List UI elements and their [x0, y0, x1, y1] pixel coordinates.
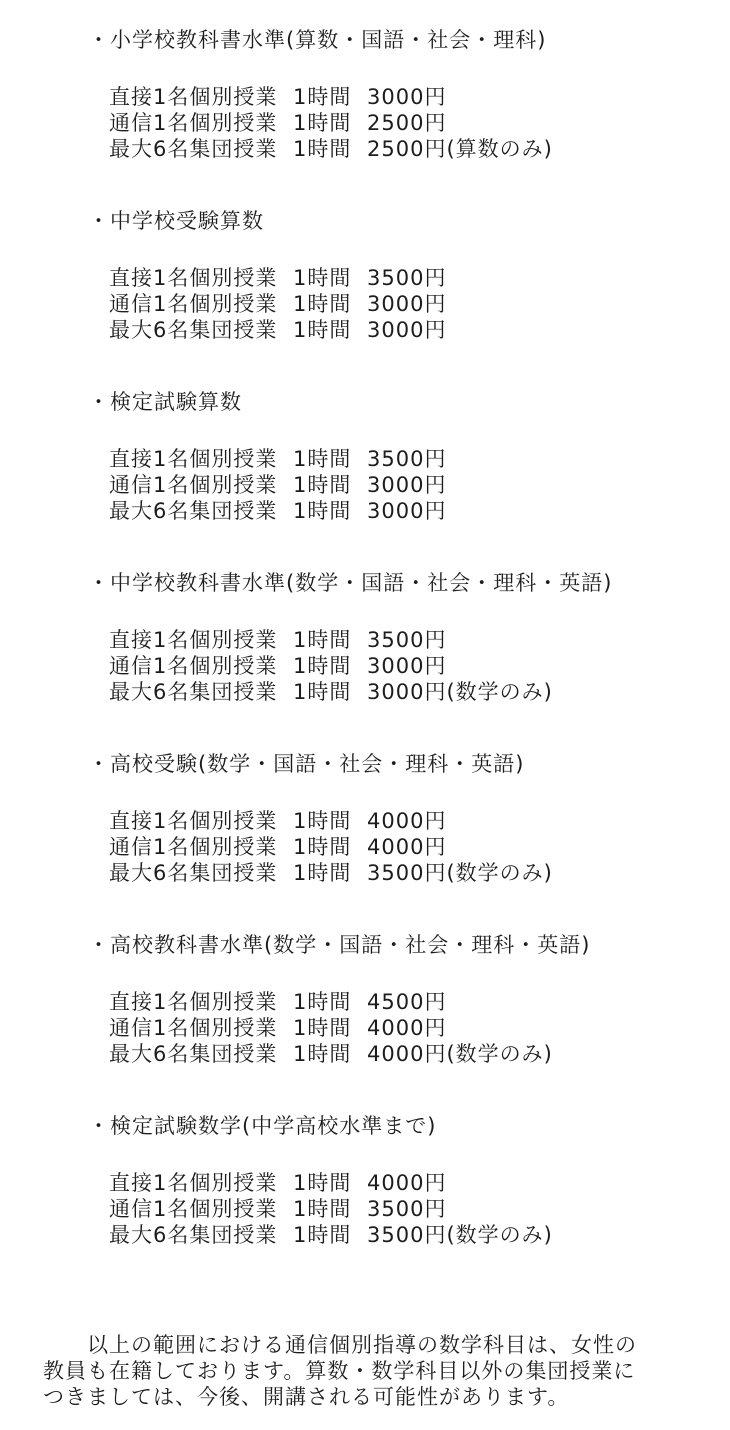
price-section: ・小学校教科書水準(算数・国語・社会・理科) 直接1名個別授業1時間3000円 … — [0, 27, 730, 162]
duration: 1時間 — [293, 110, 367, 136]
duration: 1時間 — [293, 291, 367, 317]
service-name: 最大6名集団授業 — [109, 860, 293, 886]
price-note: (数学のみ) — [446, 1223, 552, 1247]
section-title: ・高校教科書水準(数学・国語・社会・理科・英語) — [0, 932, 730, 958]
price: 3500円 — [367, 628, 446, 652]
service-name: 直接1名個別授業 — [109, 446, 293, 472]
price-section: ・検定試験数学(中学高校水準まで) 直接1名個別授業1時間4000円 通信1名個… — [0, 1113, 730, 1248]
service-name: 最大6名集団授業 — [109, 136, 293, 162]
price-row: 直接1名個別授業1時間4000円 — [109, 1170, 730, 1196]
price: 3000円 — [367, 85, 446, 109]
service-name: 直接1名個別授業 — [109, 84, 293, 110]
price: 3500円 — [367, 861, 446, 885]
duration: 1時間 — [293, 317, 367, 343]
price-row: 直接1名個別授業1時間4500円 — [109, 989, 730, 1015]
duration: 1時間 — [293, 498, 367, 524]
price-row: 通信1名個別授業1時間3000円 — [109, 291, 730, 317]
service-name: 通信1名個別授業 — [109, 834, 293, 860]
duration: 1時間 — [293, 1041, 367, 1067]
price-row: 最大6名集団授業1時間3500円(数学のみ) — [109, 1222, 730, 1248]
section-rows: 直接1名個別授業1時間4000円 通信1名個別授業1時間3500円 最大6名集団… — [0, 1170, 730, 1248]
section-title: ・中学校教科書水準(数学・国語・社会・理科・英語) — [0, 570, 730, 596]
section-title: ・小学校教科書水準(算数・国語・社会・理科) — [0, 27, 730, 53]
price: 3500円 — [367, 266, 446, 290]
service-name: 直接1名個別授業 — [109, 627, 293, 653]
duration: 1時間 — [293, 1196, 367, 1222]
price: 2500円 — [367, 111, 446, 135]
section-title: ・高校受験(数学・国語・社会・理科・英語) — [0, 751, 730, 777]
duration: 1時間 — [293, 1222, 367, 1248]
service-name: 最大6名集団授業 — [109, 1222, 293, 1248]
price-row: 最大6名集団授業1時間2500円(算数のみ) — [109, 136, 730, 162]
price: 3000円 — [367, 318, 446, 342]
price: 3000円 — [367, 654, 446, 678]
price-row: 最大6名集団授業1時間3500円(数学のみ) — [109, 860, 730, 886]
service-name: 通信1名個別授業 — [109, 291, 293, 317]
price: 2500円 — [367, 137, 446, 161]
duration: 1時間 — [293, 446, 367, 472]
price: 3000円 — [367, 499, 446, 523]
duration: 1時間 — [293, 679, 367, 705]
duration: 1時間 — [293, 653, 367, 679]
price-note: (数学のみ) — [446, 861, 552, 885]
price-section: ・検定試験算数 直接1名個別授業1時間3500円 通信1名個別授業1時間3000… — [0, 389, 730, 524]
price-row: 直接1名個別授業1時間3500円 — [109, 627, 730, 653]
service-name: 直接1名個別授業 — [109, 265, 293, 291]
price-row: 通信1名個別授業1時間3000円 — [109, 472, 730, 498]
price: 3000円 — [367, 292, 446, 316]
price: 3500円 — [367, 1223, 446, 1247]
price: 4000円 — [367, 1042, 446, 1066]
duration: 1時間 — [293, 989, 367, 1015]
service-name: 直接1名個別授業 — [109, 1170, 293, 1196]
price-section: ・高校受験(数学・国語・社会・理科・英語) 直接1名個別授業1時間4000円 通… — [0, 751, 730, 886]
price-note: (算数のみ) — [446, 137, 552, 161]
price: 4000円 — [367, 1016, 446, 1040]
price-row: 通信1名個別授業1時間2500円 — [109, 110, 730, 136]
section-rows: 直接1名個別授業1時間4000円 通信1名個別授業1時間4000円 最大6名集団… — [0, 808, 730, 886]
service-name: 通信1名個別授業 — [109, 472, 293, 498]
service-name: 通信1名個別授業 — [109, 1015, 293, 1041]
price-row: 通信1名個別授業1時間3000円 — [109, 653, 730, 679]
price-row: 直接1名個別授業1時間3500円 — [109, 265, 730, 291]
duration: 1時間 — [293, 1015, 367, 1041]
price-row: 直接1名個別授業1時間3000円 — [109, 84, 730, 110]
section-rows: 直接1名個別授業1時間4500円 通信1名個別授業1時間4000円 最大6名集団… — [0, 989, 730, 1067]
price: 3500円 — [367, 1197, 446, 1221]
price-row: 最大6名集団授業1時間3000円(数学のみ) — [109, 679, 730, 705]
price-row: 最大6名集団授業1時間3000円 — [109, 317, 730, 343]
price-row: 通信1名個別授業1時間3500円 — [109, 1196, 730, 1222]
section-title: ・検定試験数学(中学高校水準まで) — [0, 1113, 730, 1139]
tuition-price-list: ・小学校教科書水準(算数・国語・社会・理科) 直接1名個別授業1時間3000円 … — [0, 0, 730, 1410]
section-rows: 直接1名個別授業1時間3000円 通信1名個別授業1時間2500円 最大6名集団… — [0, 84, 730, 162]
duration: 1時間 — [293, 265, 367, 291]
price: 4000円 — [367, 1171, 446, 1195]
service-name: 最大6名集団授業 — [109, 498, 293, 524]
service-name: 最大6名集団授業 — [109, 679, 293, 705]
section-title: ・検定試験算数 — [0, 389, 730, 415]
price-row: 最大6名集団授業1時間3000円 — [109, 498, 730, 524]
duration: 1時間 — [293, 627, 367, 653]
price: 4000円 — [367, 809, 446, 833]
service-name: 最大6名集団授業 — [109, 317, 293, 343]
duration: 1時間 — [293, 136, 367, 162]
service-name: 通信1名個別授業 — [109, 110, 293, 136]
section-rows: 直接1名個別授業1時間3500円 通信1名個別授業1時間3000円 最大6名集団… — [0, 265, 730, 343]
footer-note-line: つきましては、今後、開講される可能性があります。 — [43, 1384, 730, 1410]
price-note: (数学のみ) — [446, 680, 552, 704]
price: 3000円 — [367, 473, 446, 497]
price-section: ・高校教科書水準(数学・国語・社会・理科・英語) 直接1名個別授業1時間4500… — [0, 932, 730, 1067]
duration: 1時間 — [293, 860, 367, 886]
service-name: 通信1名個別授業 — [109, 653, 293, 679]
price-section: ・中学校教科書水準(数学・国語・社会・理科・英語) 直接1名個別授業1時間350… — [0, 570, 730, 705]
section-rows: 直接1名個別授業1時間3500円 通信1名個別授業1時間3000円 最大6名集団… — [0, 627, 730, 705]
section-title: ・中学校受験算数 — [0, 208, 730, 234]
service-name: 通信1名個別授業 — [109, 1196, 293, 1222]
duration: 1時間 — [293, 472, 367, 498]
price-row: 直接1名個別授業1時間4000円 — [109, 808, 730, 834]
price-row: 通信1名個別授業1時間4000円 — [109, 834, 730, 860]
service-name: 最大6名集団授業 — [109, 1041, 293, 1067]
duration: 1時間 — [293, 84, 367, 110]
price: 3000円 — [367, 680, 446, 704]
price-row: 直接1名個別授業1時間3500円 — [109, 446, 730, 472]
price-row: 通信1名個別授業1時間4000円 — [109, 1015, 730, 1041]
footer-note: 以上の範囲における通信個別指導の数学科目は、女性の 教員も在籍しております。算数… — [0, 1332, 730, 1410]
price-section: ・中学校受験算数 直接1名個別授業1時間3500円 通信1名個別授業1時間300… — [0, 208, 730, 343]
duration: 1時間 — [293, 834, 367, 860]
footer-note-line: 教員も在籍しております。算数・数学科目以外の集団授業に — [43, 1358, 730, 1384]
price: 4500円 — [367, 990, 446, 1014]
service-name: 直接1名個別授業 — [109, 808, 293, 834]
price-row: 最大6名集団授業1時間4000円(数学のみ) — [109, 1041, 730, 1067]
price: 4000円 — [367, 835, 446, 859]
price-note: (数学のみ) — [446, 1042, 552, 1066]
service-name: 直接1名個別授業 — [109, 989, 293, 1015]
duration: 1時間 — [293, 1170, 367, 1196]
price: 3500円 — [367, 447, 446, 471]
section-rows: 直接1名個別授業1時間3500円 通信1名個別授業1時間3000円 最大6名集団… — [0, 446, 730, 524]
footer-note-line: 以上の範囲における通信個別指導の数学科目は、女性の — [43, 1332, 730, 1358]
duration: 1時間 — [293, 808, 367, 834]
